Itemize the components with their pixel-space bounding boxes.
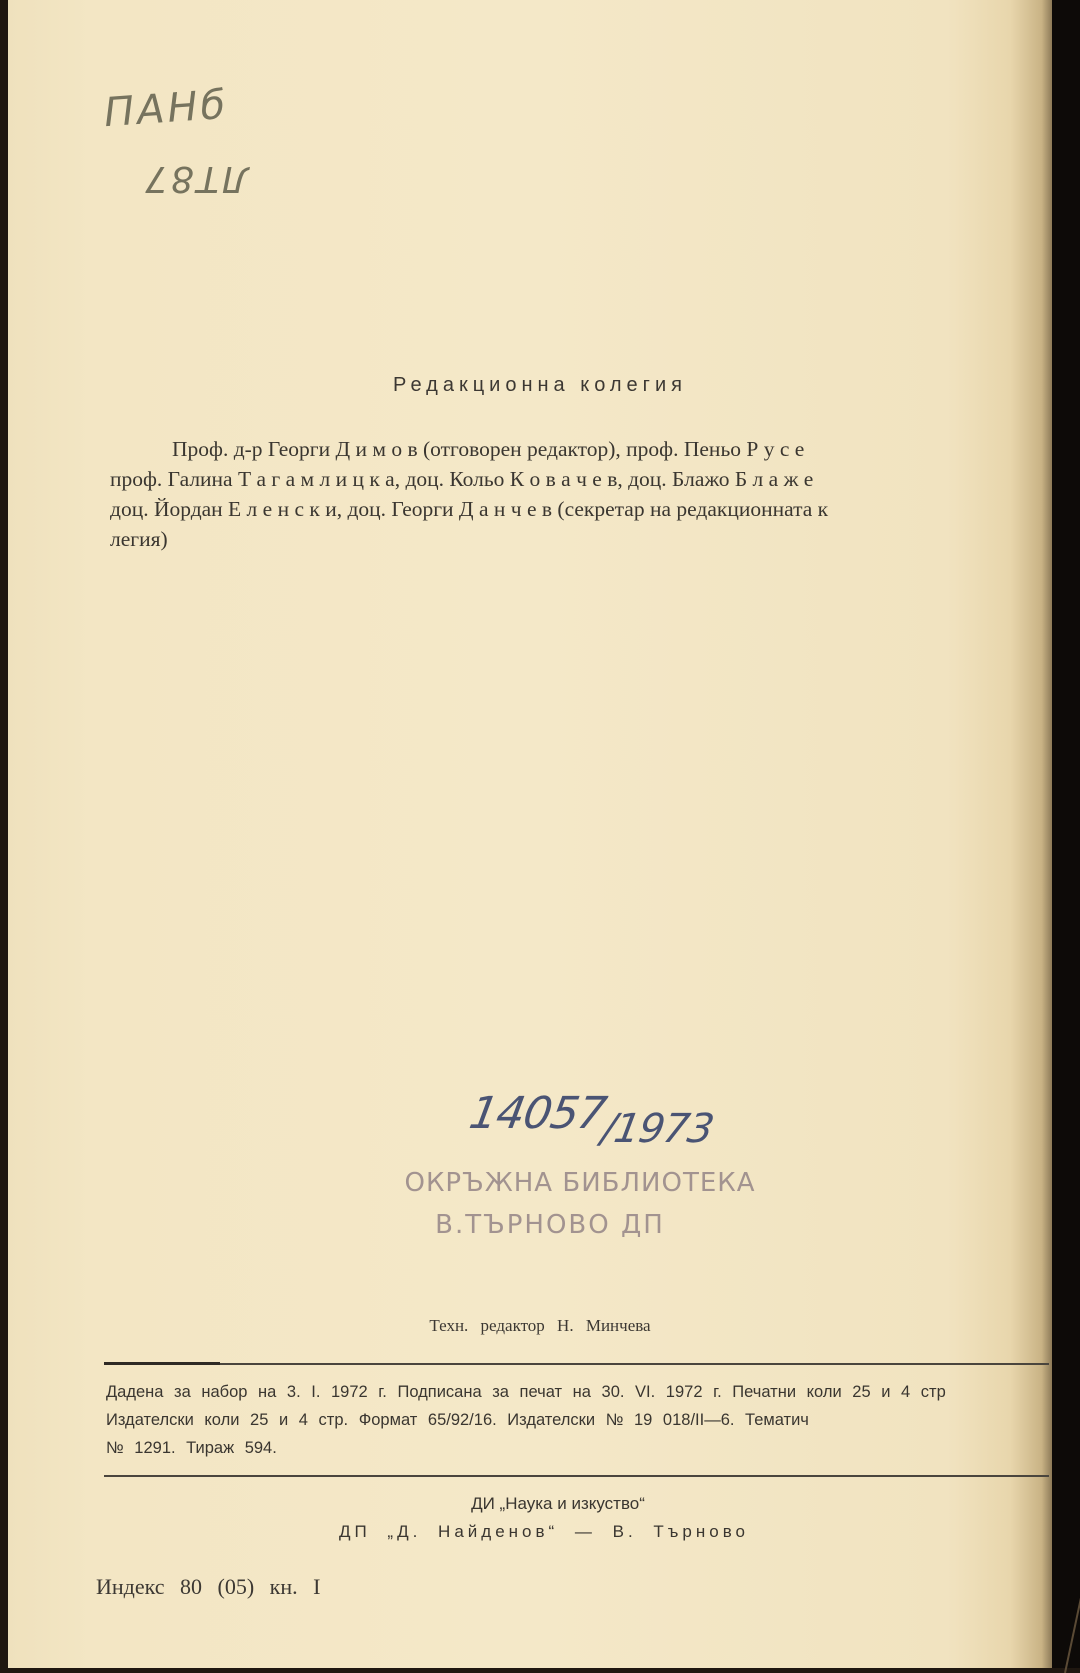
publisher-name: ДИ „Наука и изкуство“: [18, 1494, 1080, 1514]
printing-house: ДП „Д. Найденов“ — В. Търново: [4, 1522, 1080, 1542]
inventory-number: 14057: [466, 1088, 610, 1139]
handwritten-shelfmark-bottom: ЛТ87: [142, 158, 249, 199]
library-inventory-number: 14057/1973: [466, 1088, 720, 1139]
scan-right-edge: [1052, 0, 1080, 1673]
editorial-board-line: проф. Галина Т а г а м л и ц к а, доц. К…: [110, 464, 1070, 494]
inventory-year: /1973: [598, 1106, 716, 1152]
imprint-line: Дадена за набор на 3. I. 1972 г. Подписа…: [106, 1378, 1056, 1406]
imprint-line: № 1291. Тираж 594.: [106, 1434, 1056, 1462]
scan-bottom-edge: [0, 1668, 1080, 1673]
library-stamp-line-2: В.ТЪРНОВО ДП: [10, 1210, 1080, 1240]
divider-top: [104, 1363, 1049, 1365]
divider-top-accent: [104, 1362, 220, 1365]
imprint-line: Издателски коли 25 и 4 стр. Формат 65/92…: [106, 1406, 1056, 1434]
editorial-board-line: Проф. д-р Георги Д и м о в (отговорен ре…: [110, 434, 1070, 464]
handwritten-shelfmark-top: ПАНб: [103, 82, 230, 137]
editorial-board-members: Проф. д-р Георги Д и м о в (отговорен ре…: [110, 434, 1070, 554]
catalog-index: Индекс 80 (05) кн. I: [96, 1574, 320, 1600]
editorial-board-line: доц. Йордан Е л е н с к и, доц. Георги Д…: [110, 494, 1070, 524]
library-stamp-line-1: ОКРЪЖНА БИБЛИОТЕКА: [40, 1168, 1080, 1198]
divider-bottom: [104, 1475, 1049, 1477]
technical-editor: Техн. редактор Н. Минчева: [0, 1316, 1080, 1336]
editorial-board-line: легия): [110, 524, 1070, 554]
editorial-board-heading: Редакционна колегия: [0, 374, 1080, 397]
print-imprint: Дадена за набор на 3. I. 1972 г. Подписа…: [106, 1378, 1056, 1462]
